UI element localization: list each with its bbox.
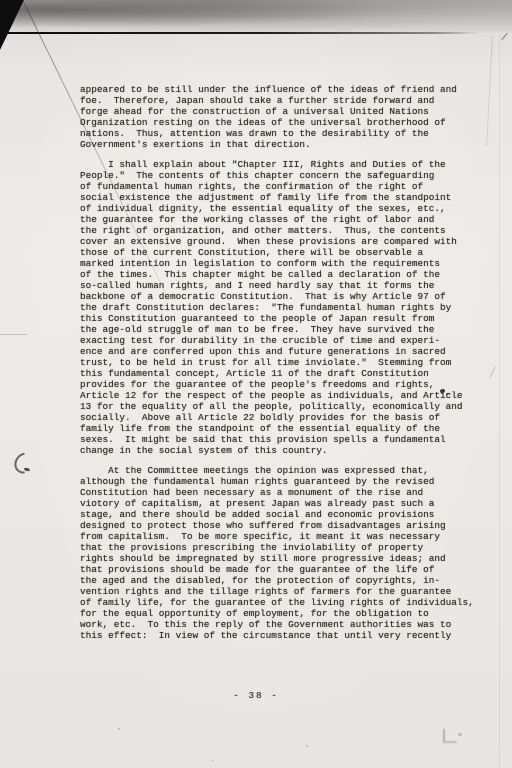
- paper-speck: [306, 745, 308, 747]
- paper-speck: [118, 728, 120, 730]
- paragraph-3: At the Committee meetings the opinion wa…: [80, 465, 490, 641]
- document-page: appeared to be still under the influence…: [0, 0, 512, 768]
- scan-horizontal-rule-artifact: [0, 32, 480, 34]
- top-right-tick-mark: [501, 33, 508, 41]
- scan-edge-strip: [0, 0, 512, 33]
- ink-blob-artifact: [440, 389, 445, 393]
- paragraph-2: I shall explain about "Chapter III, Righ…: [80, 159, 490, 456]
- bottom-right-smudge: [443, 729, 457, 743]
- text-block: appeared to be still under the influence…: [80, 84, 490, 650]
- left-margin-scratch: [0, 334, 27, 335]
- handwritten-margin-mark: [10, 448, 39, 477]
- paper-speck: [212, 760, 214, 761]
- page-edge-line: [499, 34, 500, 768]
- right-margin-tick: [489, 366, 495, 378]
- paragraph-1: appeared to be still under the influence…: [80, 84, 490, 150]
- page-number: - 38 -: [0, 690, 512, 701]
- scan-corner-triangle-artifact: [0, 0, 24, 50]
- bottom-right-smudge-dot: [458, 733, 462, 736]
